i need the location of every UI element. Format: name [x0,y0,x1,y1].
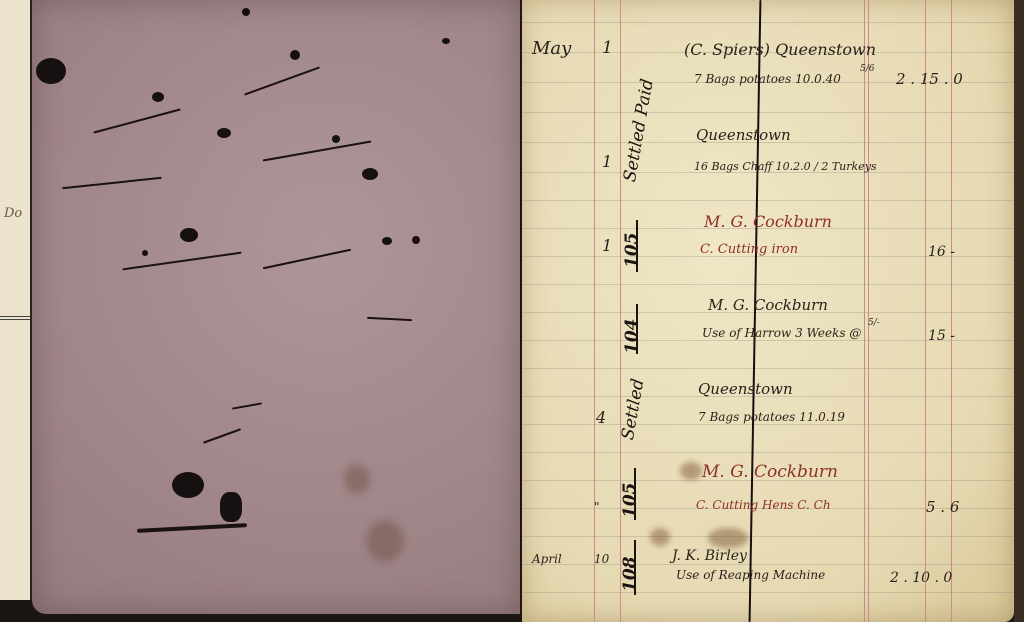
entry-day: " [594,500,600,514]
ink-blot [142,250,148,256]
entry-day: 1 [602,236,612,255]
money-rule [868,0,869,622]
stain [650,528,670,546]
underlying-page-edge: Do [0,0,32,600]
ink-blot [412,236,420,244]
entry-day: 1 [602,152,612,171]
ruled-line [522,368,1014,369]
stain [680,462,702,480]
folio-underline [636,220,638,272]
folio-underline [634,468,636,520]
ink-blot [382,237,392,245]
entry-rate: 5/- [868,318,880,328]
ink-stroke [62,177,162,189]
ink-blot [180,228,198,242]
ink-blot [290,50,300,60]
entry-month: April [532,552,562,566]
entry-item: 7 Bags potatoes 11.0.19 [698,410,845,424]
entry-name: Queenstown [696,126,791,144]
marginal-note-settled: Settled [618,377,648,441]
entry-day: 10 [594,552,609,566]
ink-stroke [367,317,412,321]
entry-month: May [532,38,571,59]
entry-rate: 5/6 [860,64,874,74]
entry-name: J. K. Birley [672,548,747,564]
ink-blot [217,128,231,138]
marginal-note-settled-paid: Settled Paid [620,77,658,183]
entry-item: 7 Bags potatoes 10.0.40 [694,72,841,86]
entry-day: 1 [602,38,613,58]
stain [366,520,404,562]
stain [708,528,748,548]
entry-amount: 2 . 10 . 0 [890,570,952,586]
entry-item: Use of Harrow 3 Weeks @ [702,326,861,340]
ink-blot [152,92,164,102]
ink-stroke [263,140,372,161]
ink-stroke [93,108,180,133]
folio-underline [634,540,636,595]
entry-name: M. G. Cockburn [704,212,832,231]
stain [344,464,370,494]
ink-blot [172,472,204,498]
ink-blot [242,8,250,16]
folio-number: 104 [622,319,642,355]
entry-name: (C. Spiers) Queenstown [684,40,876,59]
entry-amount: 16 - [928,244,955,260]
edge-rule [0,316,30,320]
ink-stroke [232,402,262,409]
folio-number: 105 [622,233,642,269]
money-rule [925,0,926,622]
folio-number: 105 [620,483,640,519]
ink-blot [220,492,242,522]
ink-blot [36,58,66,84]
book-edge [1014,0,1024,622]
entry-amount: 5 . 6 [926,498,959,516]
ink-blot [442,38,450,44]
ruled-line [522,592,1014,593]
entry-item: C. Cutting iron [700,242,798,257]
entry-item: Use of Reaping Machine [676,568,825,582]
folio-number: 108 [620,557,640,593]
entry-name: M. G. Cockburn [702,462,838,482]
ruled-line [522,22,1014,23]
ink-stroke [263,249,351,270]
money-rule [864,0,865,622]
entry-name: Queenstown [698,380,793,398]
ink-stroke [137,523,247,533]
ink-stroke [244,66,320,95]
blotting-paper-page [32,0,520,614]
entry-item: C. Cutting Hens C. Ch [696,498,831,512]
ledger-page: May 1 (C. Spiers) Queenstown 7 Bags pota… [522,0,1014,622]
ruled-line [522,200,1014,201]
ink-stroke [203,428,241,444]
entry-amount: 15 - [928,328,955,344]
folio-underline [636,304,638,354]
ruled-line [522,452,1014,453]
margin-rule [620,0,621,622]
ink-stroke [122,252,241,271]
ruled-line [522,536,1014,537]
margin-rule [594,0,595,622]
money-rule [951,0,952,622]
ruled-line [522,284,1014,285]
edge-text: Do [4,206,22,221]
entry-name: M. G. Cockburn [708,296,828,314]
ruled-line [522,112,1014,113]
ink-blot [332,135,340,143]
ink-blot [362,168,378,180]
entry-amount: 2 . 15 . 0 [896,70,963,88]
entry-day: 4 [596,408,606,427]
entry-item: 16 Bags Chaff 10.2.0 / 2 Turkeys [694,160,877,173]
